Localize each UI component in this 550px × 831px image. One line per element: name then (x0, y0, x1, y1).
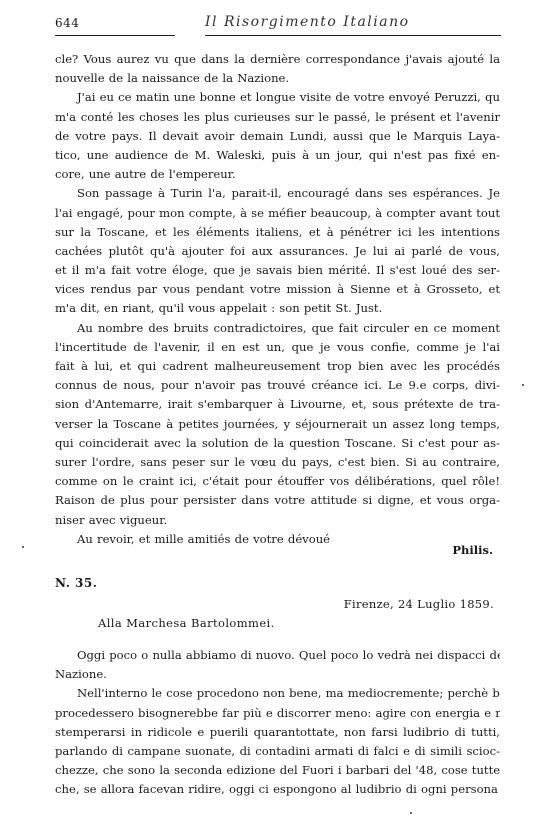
text-line: Nell'interno le cose procedono non bene,… (55, 684, 500, 703)
text-line: procedessero bisognerebbe far più e disc… (55, 704, 500, 723)
text-line: m'a dit, en riant, qu'il vous appelait :… (55, 299, 500, 318)
text-line: verser la Toscane à petites journées, y … (55, 415, 500, 434)
text-line: m'a conté les choses les plus curieuses … (55, 108, 500, 127)
paragraph: Au nombre des bruits contradictoires, qu… (55, 319, 500, 530)
signature: Philis. (452, 543, 493, 557)
page-number: 644 (55, 16, 79, 30)
running-title: Il Risorgimento Italiano (205, 14, 410, 30)
text-line: Au nombre des bruits contradictoires, qu… (55, 319, 500, 338)
text-line: chezze, che sono la seconda edizione del… (55, 761, 500, 780)
text-line: core, une autre de l'empereur. (55, 165, 500, 184)
text-line: et il m'a fait votre éloge, que je savai… (55, 261, 500, 280)
text-line: Nazione. (55, 665, 500, 684)
text-line: niser avec vigueur. (55, 511, 500, 530)
text-line: vices rendus par vous pendant votre miss… (55, 280, 500, 299)
scanned-page: 644 Il Risorgimento Italiano cle? Vous a… (0, 0, 550, 831)
text-line: che, se allora facevan ridire, oggi ci e… (55, 780, 500, 799)
header-rule-right (205, 35, 501, 36)
paragraph: Oggi poco o nulla abbiamo di nuovo. Quel… (55, 646, 500, 684)
paragraph: cle? Vous aurez vu que dans la dernière … (55, 50, 500, 88)
text-line: J'ai eu ce matin une bonne et longue vis… (55, 88, 500, 107)
text-line: stemperarsi in ridicole e puerili quaran… (55, 723, 500, 742)
text-line: de votre pays. Il devait avoir demain Lu… (55, 127, 500, 146)
text-line: connus de nous, pour n'avoir pas trouvé … (55, 376, 500, 395)
text-line: cachées plutôt qu'à ajouter foi aux assu… (55, 242, 500, 261)
paragraph: Au revoir, et mille amitiés de votre dév… (55, 530, 500, 549)
text-line: l'ai engagé, pour mon compte, à se méfie… (55, 204, 500, 223)
text-line: Oggi poco o nulla abbiamo di nuovo. Quel… (55, 646, 500, 665)
text-line: l'incertitude de l'avenir, il en est un,… (55, 338, 500, 357)
scan-speck (522, 384, 524, 386)
addressee: Alla Marchesa Bartolommei. (98, 616, 275, 630)
text-line: comme on le craint ici, c'était pour éto… (55, 472, 500, 491)
text-line: Son passage à Turin l'a, parait-il, enco… (55, 184, 500, 203)
text-line: sur la Toscane, et les éléments italiens… (55, 223, 500, 242)
text-line: Au revoir, et mille amitiés de votre dév… (55, 530, 500, 549)
text-line: fait à lui, et qui cadrent malheureuseme… (55, 357, 500, 376)
place-date: Firenze, 24 Luglio 1859. (344, 597, 494, 611)
text-line: sion d'Antemarre, irait s'embarquer à Li… (55, 395, 500, 414)
text-line: nouvelle de la naissance de la Nazione. (55, 69, 500, 88)
text-line: parlando di campane suonate, di contadin… (55, 742, 500, 761)
paragraph: J'ai eu ce matin une bonne et longue vis… (55, 88, 500, 184)
paragraph: Son passage à Turin l'a, parait-il, enco… (55, 184, 500, 318)
text-line: cle? Vous aurez vu que dans la dernière … (55, 50, 500, 69)
page-header: 644 Il Risorgimento Italiano (55, 14, 500, 36)
text-line: tico, une audience de M. Waleski, puis à… (55, 146, 500, 165)
scan-speck (22, 546, 24, 548)
letter-number: N. 35. (55, 576, 97, 590)
text-line: Raison de plus pour persister dans votre… (55, 491, 500, 510)
text-line: surer l'ordre, sans peser sur le vœu du … (55, 453, 500, 472)
text-line: qui coinciderait avec la solution de la … (55, 434, 500, 453)
scan-speck (410, 812, 412, 814)
letter-one-body: cle? Vous aurez vu que dans la dernière … (55, 50, 500, 549)
paragraph: Nell'interno le cose procedono non bene,… (55, 684, 500, 799)
letter-two-body: Oggi poco o nulla abbiamo di nuovo. Quel… (55, 646, 500, 800)
header-rule-left (55, 35, 175, 36)
